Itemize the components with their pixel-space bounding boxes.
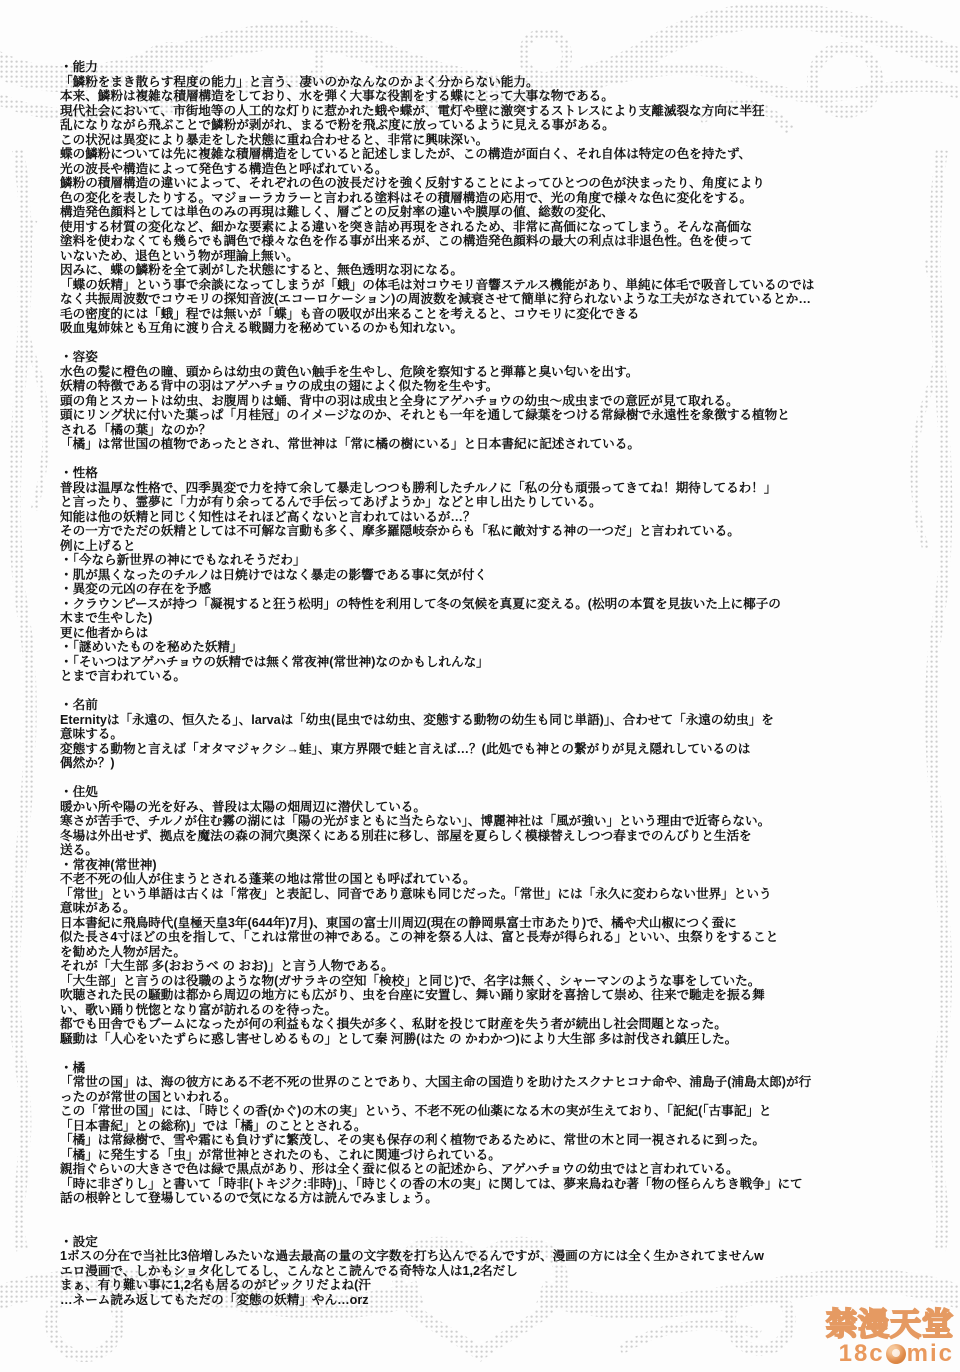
text-line: 「橘」は常緑樹で、雪や霜にも負けずに繁茂し、その実も保存の利く植物であるために、… [60, 1133, 928, 1148]
text-line: 騒動は「人心をいたずらに惑し害せしめるもの」として秦 河勝(はた の かわかつ)… [60, 1032, 928, 1047]
text-line: 例に上げると [60, 539, 928, 554]
text-line: Eternityは「永遠の、恒久たる」、larvaは「幼虫(昆虫では幼虫、変態す… [60, 713, 928, 728]
text-line: 話の根幹として登場しているので気になる方は読んでみましょう。 [60, 1191, 928, 1206]
text-line: 送る。 [60, 843, 928, 858]
text-line: 「大生部」と言うのは役職のような物(ガサラキの空知「検校」と同じ)で、名字は無く… [60, 974, 928, 989]
text-line: ・「今なら新世界の神にでもなれそうだわ」 [60, 553, 928, 568]
text-line: 普段は温厚な性格で、四季異変で力を持て余して暴走しつつも勝利したチルノに「私の分… [60, 481, 928, 496]
text-line: い、歌い踊り恍惚となり富が訪れるのを待った。 [60, 1003, 928, 1018]
text-line: 使用する材質の変化など、細かな要素による違いを突き詰め再現をされるため、非常に高… [60, 220, 928, 235]
watermark-subtitle: 18c mic [826, 1342, 954, 1366]
text-line: ったのが常世の国といわれる。 [60, 1090, 928, 1105]
text-line: 「鱗粉をまき散らす程度の能力」と言う、凄いのかなんなのかよく分からない能力。 [60, 75, 928, 90]
text-line: 「橘」は常世国の植物であったとされ、常世神は「常に橘の樹にいる」と日本書紀に記述… [60, 437, 928, 452]
text-line: 木まで生やした) [60, 611, 928, 626]
text-line: とまで言われている。 [60, 669, 928, 684]
text-line: その一方でただの妖精としては不可解な言動も多く、摩多羅隠岐奈からも「私に敵対する… [60, 524, 928, 539]
text-line: この状況は異変により暴走をした状態に重ね合わせると、非常に興味深い。 [60, 133, 928, 148]
text-line: 変態する動物と言えば「オタマジャクシ→蛙」、東方界隈で蛙と言えば…？(此処でも神… [60, 742, 928, 757]
text-line: エロ漫画で、しかもショタ化してるし、こんなとこ読んでる奇特な人は1,2名だし [60, 1264, 928, 1279]
section-heading: ・名前 [60, 698, 928, 713]
text-line: と言ったり、霊夢に「力が有り余ってるんで手伝ってあげようか」などと申し出たりして… [60, 495, 928, 510]
text-line: 吸血鬼姉妹とも互角に渡り合える戦闘力を秘めているのかも知れない。 [60, 321, 928, 336]
text-line: 意味する。 [60, 727, 928, 742]
text-line: を勧めた人物が居た。 [60, 945, 928, 960]
text-line: される「橘の葉」なのか？ [60, 423, 928, 438]
watermark-subtitle-suffix: mic [907, 1342, 954, 1366]
text-line: 塗料を使わなくても幾らでも調色で様々な色を作る事が出来るが、この構造発色顔料の最… [60, 234, 928, 249]
text-section: ・常夜神(常世神)不老不死の仙人が住まうとされる蓬莱の地は常世の国とも呼ばれてい… [60, 858, 928, 1047]
text-line: ・肌が黒くなったのチルノは日焼けではなく暴走の影響である事に気が付く [60, 568, 928, 583]
text-line: 吹聴された民の騒動は都から周辺の地方にも広がり、虫を台座に安置し、舞い踊り家財を… [60, 988, 928, 1003]
text-line: 構造発色顔料としては単色のみの再現は難しく、層ごとの反射率の違いや膜厚の値、総数… [60, 205, 928, 220]
text-line: 知能は他の妖精と同じく知性はそれほど高くないと言われてはいるが…？ [60, 510, 928, 525]
text-line: 頭の角とスカートは幼虫、お腹周りは蛹、背中の羽は成虫と全身にアゲハチョウの幼虫～… [60, 394, 928, 409]
text-line: ・「謎めいたものを秘めた妖精」 [60, 640, 928, 655]
text-line: 乱になりながら飛ぶことで鱗粉が剥がれ、まるで粉を飛ぶ度に放っているように見える事… [60, 118, 928, 133]
text-line: …ネーム読み返してもただの「変態の妖精」やん…orz [60, 1293, 928, 1308]
section-heading: ・性格 [60, 466, 928, 481]
section-heading: ・常夜神(常世神) [60, 858, 928, 873]
text-line: 妖精の特徴である背中の羽はアゲハチョウの成虫の翅によく似た物を生やす。 [60, 379, 928, 394]
text-line: 蝶の鱗粉については先に複雑な積層構造をしていると記述しましたが、この構造が面白く… [60, 147, 928, 162]
text-line: ・クラウンピースが持つ「凝視すると狂う松明」の特性を利用して冬の気候を真夏に変え… [60, 597, 928, 612]
text-line: 頭にリング状に付いた葉っぱ「月桂冠」のイメージなのか、それとも一年を通して緑葉を… [60, 408, 928, 423]
text-line: 寒さが苦手で、チルノが住む霧の湖には「陽の光がまともに当たらない」、博麗神社は「… [60, 814, 928, 829]
text-line: 現代社会において、市街地等の人工的な灯りに惹かれた蛾や蝶が、電灯や壁に激突するス… [60, 104, 928, 119]
text-line: 「日本書紀」との総称)」では「橘」のこととされる。 [60, 1119, 928, 1134]
text-line: 毛の密度的には「蛾」程では無いが「蝶」も音の吸収が出来ることを考えると、コウモリ… [60, 307, 928, 322]
text-line: 水色の髪に橙色の瞳、頭からは幼虫の黄色い触手を生やし、危険を察知すると弾幕と臭い… [60, 365, 928, 380]
text-line: 更に他者からは [60, 626, 928, 641]
text-line: 本来、鱗粉は複雑な積層構造をしており、水を弾く大事な役割をする蝶にとって大事な物… [60, 89, 928, 104]
text-line: 似た長さ4寸ほどの虫を指して、「これは常世の神である。この神を祭る人は、富と長寿… [60, 930, 928, 945]
text-line: いないため、退色という物が理論上無い。 [60, 249, 928, 264]
text-line: まぁ、有り難い事に1,2名も居るのがビックリだよね(汗 [60, 1278, 928, 1293]
text-line: 偶然か？) [60, 756, 928, 771]
text-line: 因みに、蝶の鱗粉を全て剥がした状態にすると、無色透明な羽になる。 [60, 263, 928, 278]
text-line: 都でも田舎でもブームになったが何の利益もなく損失が多く、私財を投じて財産を失う者… [60, 1017, 928, 1032]
text-section: ・容姿水色の髪に橙色の瞳、頭からは幼虫の黄色い触手を生やし、危険を察知すると弾幕… [60, 350, 928, 452]
text-line: 光の波長や構造によって発色する構造色と呼ばれている。 [60, 162, 928, 177]
text-line: 「蝶の妖精」という事で余談になってしまうが「蛾」の体毛は対コウモリ音響ステルス機… [60, 278, 928, 293]
section-heading: ・住処 [60, 785, 928, 800]
text-line: 暖かい所や陽の光を好み、普段は太陽の畑周辺に潜伏している。 [60, 800, 928, 815]
watermark-subtitle-prefix: 18c [839, 1342, 885, 1366]
text-line: 「常世」という単語は古くは「常夜」と表記し、同音であり意味も同じだった。「常世」… [60, 887, 928, 902]
text-section: ・橘「常世の国」は、海の彼方にある不老不死の世界のことであり、大国主命の国造りを… [60, 1061, 928, 1206]
text-line: 1ボスの分在で当社比3倍増しみたいな過去最高の量の文字数を打ち込んでるんですが、… [60, 1249, 928, 1264]
document-text: ・能力「鱗粉をまき散らす程度の能力」と言う、凄いのかなんなのかよく分からない能力… [60, 60, 928, 1307]
text-line: 不老不死の仙人が住まうとされる蓬莱の地は常世の国とも呼ばれている。 [60, 872, 928, 887]
text-section: ・名前Eternityは「永遠の、恒久たる」、larvaは「幼虫(昆虫では幼虫、… [60, 698, 928, 771]
text-line: ・「そいつはアゲハチョウの妖精では無く常夜神(常世神)なのかもしれんな」 [60, 655, 928, 670]
text-line: ・異変の元凶の存在を予感 [60, 582, 928, 597]
text-line: 意味がある。 [60, 901, 928, 916]
text-line: 「時に非ざりし」と書いて「時非(トキジク:非時)」、「時じくの香の木の実」に関し… [60, 1177, 928, 1192]
text-section: ・住処暖かい所や陽の光を好み、普段は太陽の畑周辺に潜伏している。寒さが苦手で、チ… [60, 785, 928, 858]
text-line: 日本書紀に飛鳥時代(皇極天皇3年(644年)7月)、東国の富士川周辺(現在の静岡… [60, 916, 928, 931]
text-section: ・性格普段は温厚な性格で、四季異変で力を持て余して暴走しつつも勝利したチルノに「… [60, 466, 928, 684]
section-heading: ・能力 [60, 60, 928, 75]
text-line: それが「大生部 多(おおうべ の おお)」と言う人物である。 [60, 959, 928, 974]
text-section: ・設定1ボスの分在で当社比3倍増しみたいな過去最高の量の文字数を打ち込んでるんで… [60, 1235, 928, 1308]
site-watermark: 禁漫天堂 18c mic [826, 1309, 954, 1366]
text-line: 「橘」に発生する「虫」が常世神とされたのも、これに関連づけられている。 [60, 1148, 928, 1163]
text-line: この「常世の国」には、「時じくの香(かぐ)の木の実」という、不老不死の仙薬になる… [60, 1104, 928, 1119]
text-line: 冬場は外出せず、拠点を魔法の森の洞穴奥深くにある別荘に移し、部屋を夏らしく模様替… [60, 829, 928, 844]
text-line: 色の変化を表したりする。マジョーラカラーと言われる塗料はその積層構造の応用で、光… [60, 191, 928, 206]
section-heading: ・橘 [60, 1061, 928, 1076]
watermark-title: 禁漫天堂 [826, 1309, 954, 1340]
section-heading: ・容姿 [60, 350, 928, 365]
text-line: 「常世の国」は、海の彼方にある不老不死の世界のことであり、大国主命の国造りを助け… [60, 1075, 928, 1090]
text-line: 鱗粉の積層構造の違いによって、それぞれの色の波長だけを強く反射することによってひ… [60, 176, 928, 191]
text-line: 親指ぐらいの大きさで色は緑で黒点があり、形は全く蚕に似るとの記述から、アゲハチョ… [60, 1162, 928, 1177]
section-heading: ・設定 [60, 1235, 928, 1250]
watermark-ball-icon [886, 1344, 906, 1364]
text-section: ・能力「鱗粉をまき散らす程度の能力」と言う、凄いのかなんなのかよく分からない能力… [60, 60, 928, 336]
text-line: なく共振周波数でコウモリの探知音波(エコーロケーション)の周波数を減衰させて簡単… [60, 292, 928, 307]
